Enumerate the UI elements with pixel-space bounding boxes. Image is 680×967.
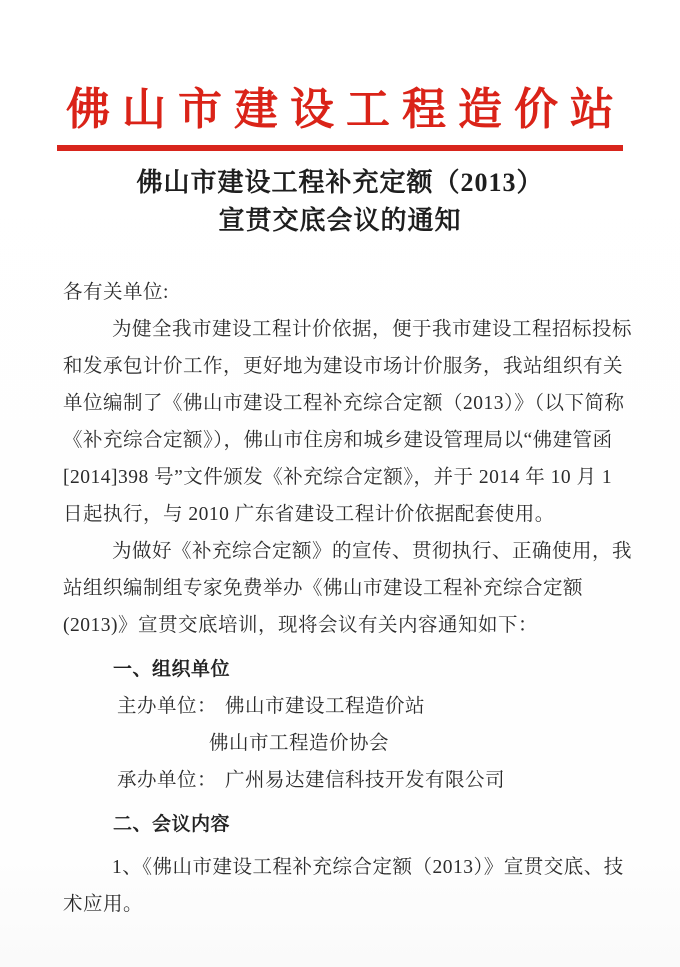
host-unit-value-1: 佛山市建设工程造价站: [217, 696, 425, 717]
paragraph-line: 为健全我市建设工程计价依据，便于我市建设工程招标投标: [63, 311, 640, 348]
host-unit-label: 主办单位：: [117, 696, 217, 717]
paragraph-line: 和发承包计价工作，更好地为建设市场计价服务，我站组织有关: [63, 348, 640, 385]
paragraph-line: 站组织编制组专家免费举办《佛山市建设工程补充综合定额: [63, 570, 640, 607]
document-page: 佛山市建设工程造价站 佛山市建设工程补充定额（2013） 宣贯交底会议的通知 各…: [0, 0, 680, 967]
host-unit-value-2: 佛山市工程造价协会: [63, 725, 640, 762]
paragraph-line: 单位编制了《佛山市建设工程补充综合定额（2013）》（以下简称: [63, 385, 640, 422]
section-2-heading: 二、会议内容: [63, 806, 640, 843]
document-body: 各有关单位: 为健全我市建设工程计价依据，便于我市建设工程招标投标 和发承包计价…: [63, 274, 640, 923]
letterhead-org-name: 佛山市建设工程造价站: [0, 0, 680, 136]
host-unit-line-1: 主办单位：佛山市建设工程造价站: [63, 688, 640, 725]
meeting-content-item-line-2: 术应用。: [63, 886, 640, 923]
paragraph-line: 《补充综合定额》），佛山市住房和城乡建设管理局以“佛建管函: [63, 422, 640, 459]
paragraph-line: [2014]398 号”文件颁发《补充综合定额》，并于 2014 年 10 月 …: [63, 459, 640, 496]
paragraph-line: 日起执行，与 2010 广东省建设工程计价依据配套使用。: [63, 496, 640, 533]
organizer-unit-value: 广州易达建信科技开发有限公司: [217, 770, 505, 791]
organizer-unit-label: 承办单位：: [117, 770, 217, 791]
salutation: 各有关单位:: [63, 274, 640, 311]
letterhead-divider-rule: [57, 145, 623, 151]
paragraph-line: (2013)》宣贯交底培训，现将会议有关内容通知如下：: [63, 607, 640, 644]
meeting-content-item-line-1: 1、《佛山市建设工程补充综合定额（2013）》宣贯交底、技: [63, 849, 640, 886]
document-title-line-1: 佛山市建设工程补充定额（2013）: [0, 164, 680, 202]
document-title-line-2: 宣贯交底会议的通知: [0, 202, 680, 240]
document-title: 佛山市建设工程补充定额（2013） 宣贯交底会议的通知: [0, 164, 680, 240]
paragraph-line: 为做好《补充综合定额》的宣传、贯彻执行、正确使用，我: [63, 533, 640, 570]
section-1-heading: 一、组织单位: [63, 651, 640, 688]
organizer-unit-line: 承办单位：广州易达建信科技开发有限公司: [63, 762, 640, 799]
